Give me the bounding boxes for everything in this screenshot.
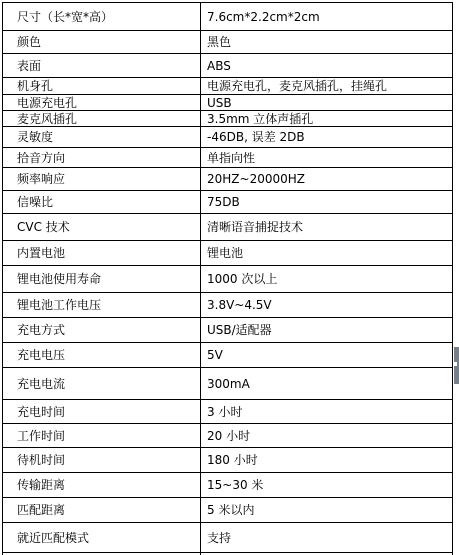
table-row: 表面ABS	[3, 54, 453, 78]
spec-table: 尺寸（长*宽*高）7.6cm*2.2cm*2cm颜色黑色表面ABS机身孔电源充电…	[2, 2, 453, 555]
spec-value: 3.5mm 立体声插孔	[201, 111, 453, 127]
spec-label: 锂电池使用寿命	[3, 266, 201, 293]
spec-label: 内置电池	[3, 241, 201, 266]
spec-label: 颜色	[3, 31, 201, 54]
spec-label: 锂电池工作电压	[3, 293, 201, 318]
table-row: 机身孔电源充电孔，麦克风插孔，挂绳孔	[3, 78, 453, 95]
spec-label: 匹配距离	[3, 498, 201, 523]
spec-value: -46DB, 误差 2DB	[201, 127, 453, 148]
spec-value: 180 小时	[201, 448, 453, 473]
spec-value: 锂电池	[201, 241, 453, 266]
spec-value: 3.8V~4.5V	[201, 293, 453, 318]
spec-value: 20HZ~20000HZ	[201, 168, 453, 191]
table-row: 充电电压5V	[3, 343, 453, 368]
table-row: 内置电池锂电池	[3, 241, 453, 266]
spec-value: ABS	[201, 54, 453, 78]
spec-value: 黑色	[201, 31, 453, 54]
table-row: 频率响应20HZ~20000HZ	[3, 168, 453, 191]
spec-label: 尺寸（长*宽*高）	[3, 3, 201, 31]
spec-value: 单指向性	[201, 148, 453, 168]
spec-label: 信噪比	[3, 191, 201, 214]
spec-value: 15~30 米	[201, 473, 453, 498]
table-row: 待机时间180 小时	[3, 448, 453, 473]
table-row: 匹配距离5 米以内	[3, 498, 453, 523]
spec-label: 机身孔	[3, 78, 201, 95]
table-row: 传输距离15~30 米	[3, 473, 453, 498]
spec-label: 充电电压	[3, 343, 201, 368]
spec-value: 3 小时	[201, 400, 453, 424]
spec-value: 5V	[201, 343, 453, 368]
spec-label: 电源充电孔	[3, 95, 201, 111]
spec-label: 待机时间	[3, 448, 201, 473]
spec-value: 20 小时	[201, 424, 453, 448]
spec-label: CVC 技术	[3, 214, 201, 241]
spec-label: 充电电流	[3, 368, 201, 400]
spec-value: 5 米以内	[201, 498, 453, 523]
scrollbar-thumb-notch	[454, 362, 457, 366]
table-row: 充电方式USB/适配器	[3, 318, 453, 343]
table-row: 颜色黑色	[3, 31, 453, 54]
table-row: 灵敏度-46DB, 误差 2DB	[3, 127, 453, 148]
spec-value: 电源充电孔，麦克风插孔，挂绳孔	[201, 78, 453, 95]
spec-value: USB	[201, 95, 453, 111]
spec-value: 7.6cm*2.2cm*2cm	[201, 3, 453, 31]
table-row: 电源充电孔USB	[3, 95, 453, 111]
spec-value: 支持	[201, 523, 453, 553]
table-row: 充电时间3 小时	[3, 400, 453, 424]
spec-label: 传输距离	[3, 473, 201, 498]
spec-value: USB/适配器	[201, 318, 453, 343]
table-row: 锂电池工作电压3.8V~4.5V	[3, 293, 453, 318]
spec-label: 表面	[3, 54, 201, 78]
spec-value: 75DB	[201, 191, 453, 214]
table-row: CVC 技术清晰语音捕捉技术	[3, 214, 453, 241]
scrollbar-thumb[interactable]	[454, 347, 459, 384]
page: 尺寸（长*宽*高）7.6cm*2.2cm*2cm颜色黑色表面ABS机身孔电源充电…	[0, 0, 459, 555]
spec-value: 300mA	[201, 368, 453, 400]
spec-label: 就近匹配模式	[3, 523, 201, 553]
table-row: 拾音方向单指向性	[3, 148, 453, 168]
table-row: 信噪比75DB	[3, 191, 453, 214]
spec-label: 充电方式	[3, 318, 201, 343]
table-row: 麦克风插孔3.5mm 立体声插孔	[3, 111, 453, 127]
spec-label: 工作时间	[3, 424, 201, 448]
spec-label: 频率响应	[3, 168, 201, 191]
spec-label: 充电时间	[3, 400, 201, 424]
spec-label: 麦克风插孔	[3, 111, 201, 127]
table-row: 就近匹配模式支持	[3, 523, 453, 553]
spec-value: 1000 次以上	[201, 266, 453, 293]
spec-label: 灵敏度	[3, 127, 201, 148]
table-row: 充电电流300mA	[3, 368, 453, 400]
table-row: 尺寸（长*宽*高）7.6cm*2.2cm*2cm	[3, 3, 453, 31]
table-row: 工作时间20 小时	[3, 424, 453, 448]
spec-value: 清晰语音捕捉技术	[201, 214, 453, 241]
table-row: 锂电池使用寿命1000 次以上	[3, 266, 453, 293]
spec-label: 拾音方向	[3, 148, 201, 168]
